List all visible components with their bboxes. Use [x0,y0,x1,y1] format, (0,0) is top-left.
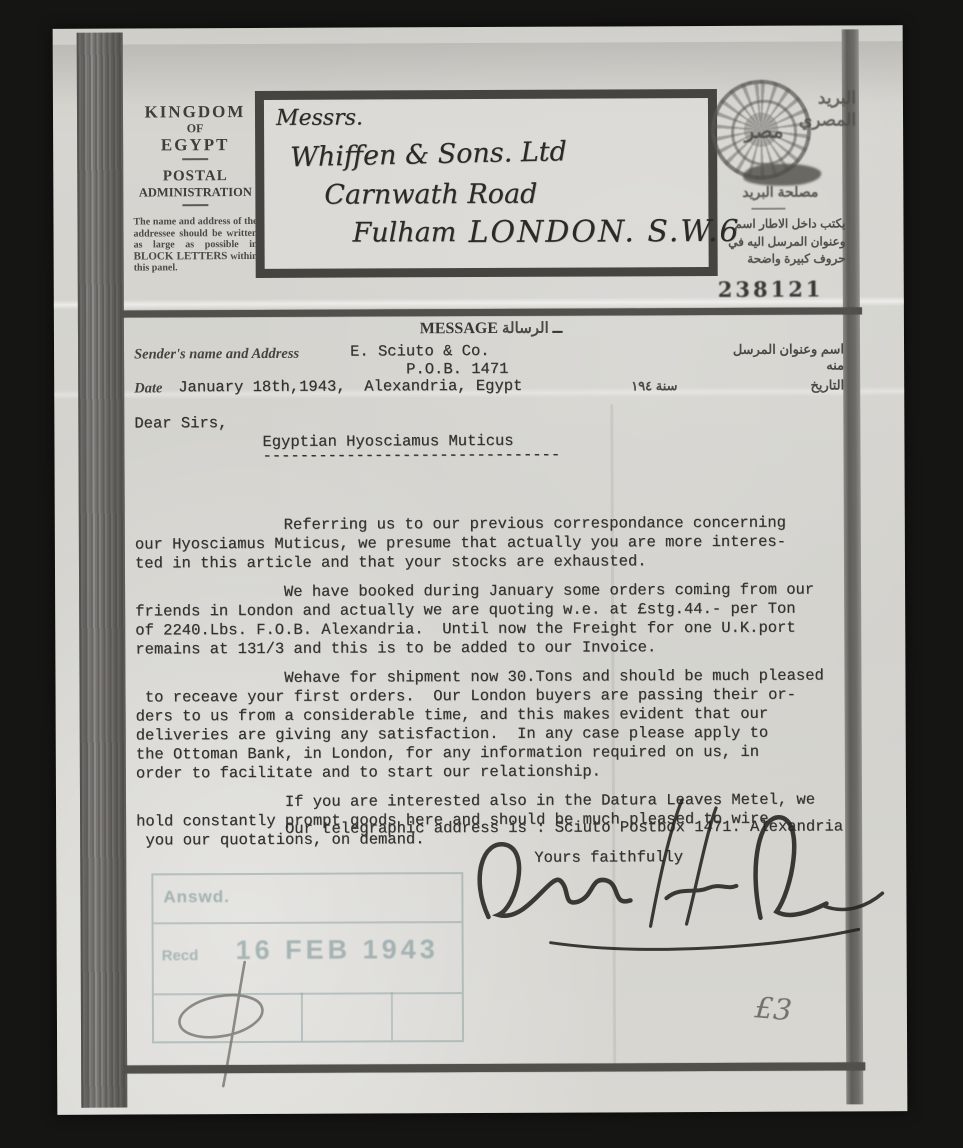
year-arabic: سنة ١٩٤ [631,378,677,394]
divider [182,204,208,206]
arabic-calligraphy: البريد المصري [810,87,856,187]
arabic-instructions: يكتب داخل الاطار اسم وعنوان المرسل اليه … [693,215,845,268]
sender-label: Sender's name and Address [134,346,299,364]
addressee-panel: Messrs. Whiffen & Sons. Ltd Carnwath Roa… [255,89,718,278]
addressee-street: Carnwath Road [324,179,537,211]
arabic-postal-dept: مصلحة البريد [717,183,843,201]
issuer-block: KINGDOM OF EGYPT POSTAL ADMINISTRATION T… [131,102,260,274]
signature [454,793,895,965]
form-serial-number: 238121 [718,276,824,301]
addressee-district: Fulham [352,217,456,248]
divider [182,158,208,160]
addressee-salutation: Messrs. [276,106,363,131]
date-value: January 18th,1943, Alexandria, Egypt [178,377,522,398]
issuer-dept: POSTAL [131,168,259,186]
divider [751,208,785,210]
scanned-letter-page: KINGDOM OF EGYPT POSTAL ADMINISTRATION T… [53,25,908,1115]
addressee-instructions: The name and address of the addressee sh… [131,216,259,274]
answered-label: Answd. [163,887,230,907]
issuer-kingdom: KINGDOM [131,102,259,122]
date-label: Date [134,380,162,397]
salutation: Dear Sirs, [134,414,227,433]
pencil-price-note: £3 [754,990,794,1027]
addressee-name: Whiffen & Sons. Ltd [290,136,567,173]
message-section-title: MESSAGE ــ الرسالة [120,316,862,339]
form-left-border-band [77,33,128,1108]
date-label-arabic: التاريخ [794,377,844,393]
stamp-rule [154,921,462,924]
stamp-divider [391,992,393,1040]
sender-value: E. Sciuto & Co. [350,342,490,362]
subject-underline: -------------------------------- [262,446,560,466]
sender-label-arabic: اسم وعنوان المرسل منه [726,341,844,374]
